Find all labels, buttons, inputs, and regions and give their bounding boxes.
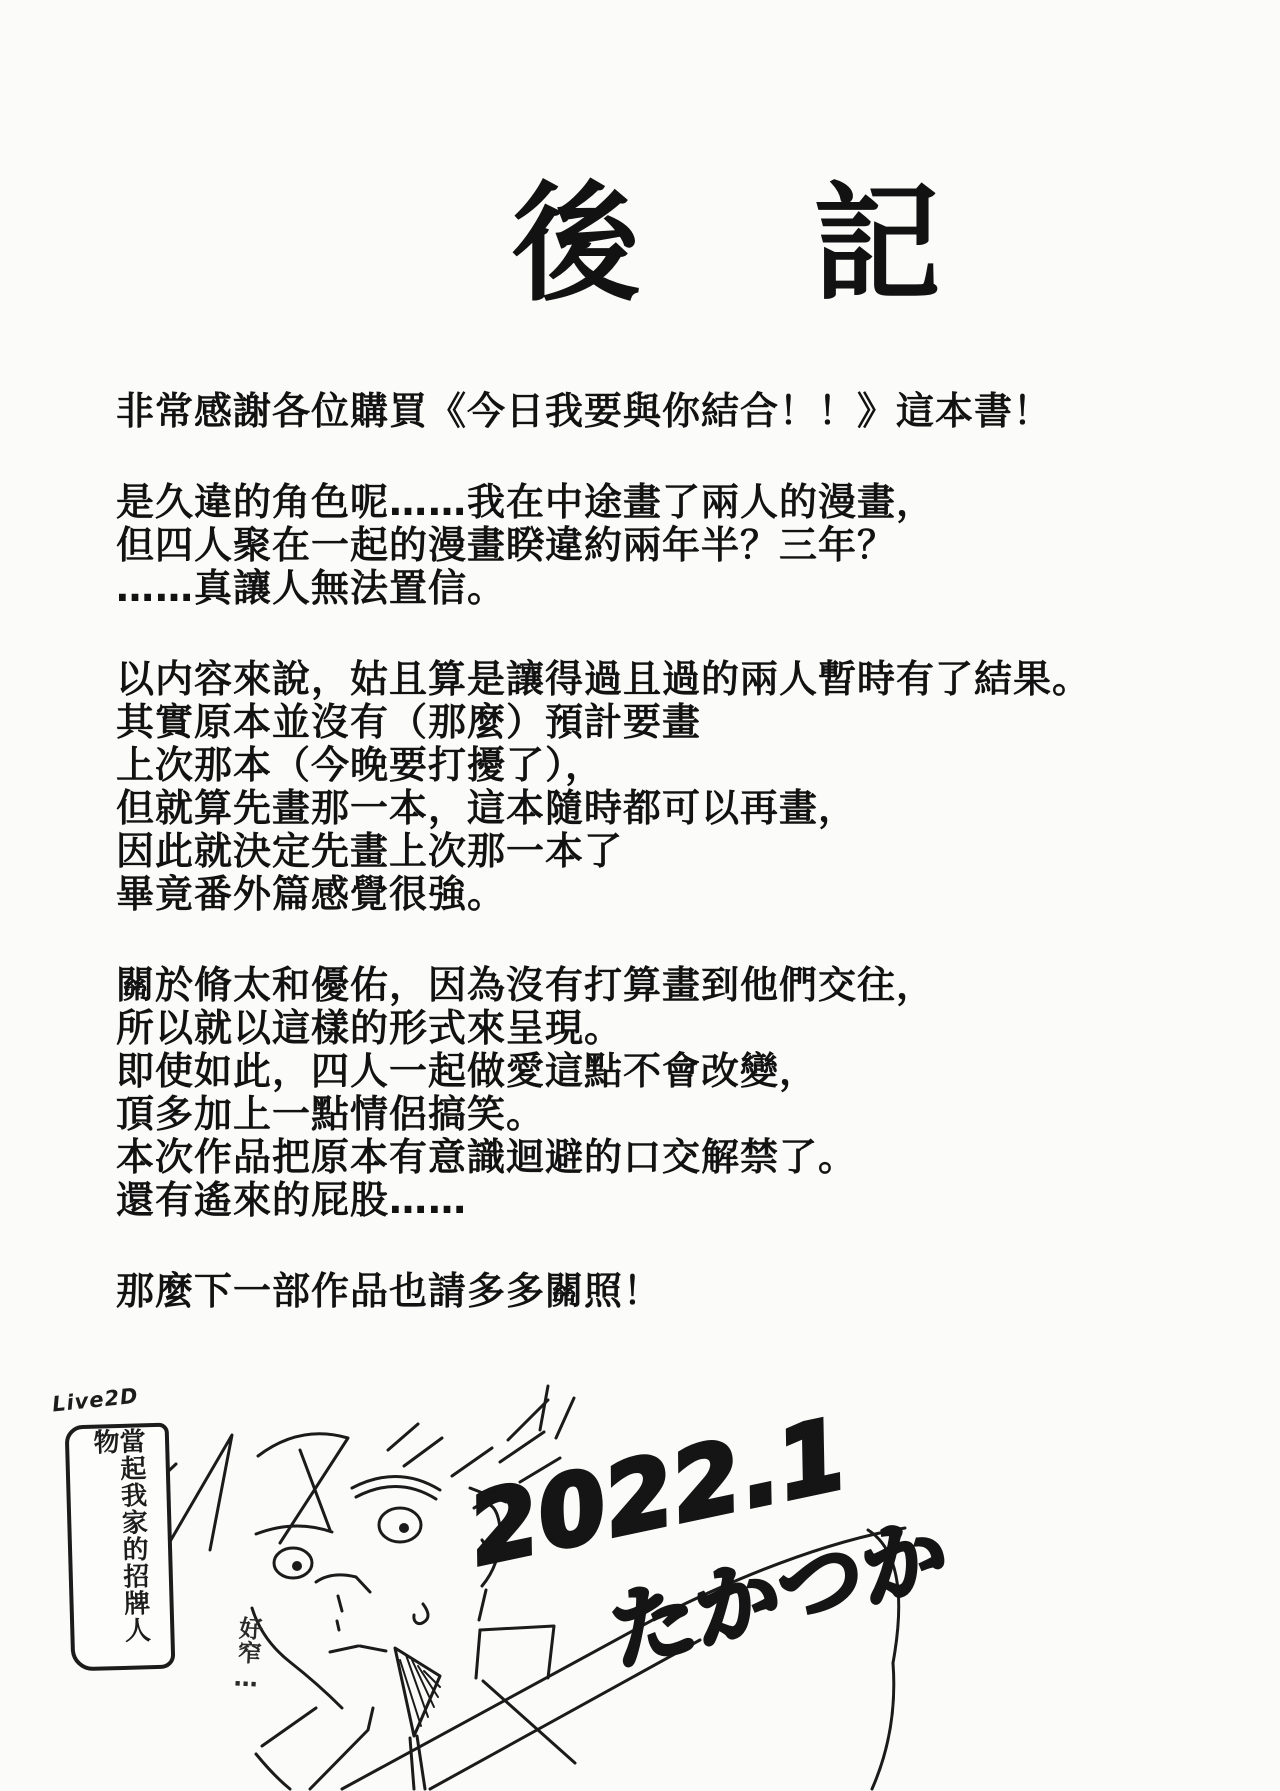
speech-bubble-text: 當起我家的招牌人物: [91, 1427, 150, 1666]
paragraph-closing: 那麼下一部作品也請多多關照！: [116, 1270, 1196, 1313]
text-line: 上次那本（今晚要打擾了），: [116, 744, 1196, 787]
afterword-body: 非常感謝各位購買《今日我要與你結合！！》這本書！ 是久違的角色呢……我在中途畫了…: [116, 390, 1196, 1361]
text-line: 還有遙來的屁股……: [116, 1179, 1196, 1222]
text-line: 以内容來說，姑且算是讓得過且過的兩人暫時有了結果。: [116, 658, 1196, 701]
character-face-sketch: [252, 1476, 500, 1708]
text-line: 頂多加上一點情侶搞笑。: [116, 1093, 1196, 1136]
text-line: 那麼下一部作品也請多多關照！: [116, 1270, 1196, 1313]
text-line: ……真讓人無法置信。: [116, 567, 1196, 610]
text-line: 關於脩太和優佑，因為沒有打算畫到他們交往，: [116, 964, 1196, 1007]
handwritten-murmur: 好窄…: [232, 1615, 261, 1692]
paragraph-content: 以内容來說，姑且算是讓得過且過的兩人暫時有了結果。 其實原本並沒有（那麼）預計要…: [116, 658, 1196, 916]
text-line: 但四人聚在一起的漫畫睽違約兩年半？三年？: [116, 524, 1196, 567]
afterword-page: 後記 非常感謝各位購買《今日我要與你結合！！》這本書！ 是久違的角色呢……我在中…: [0, 0, 1280, 1791]
paragraph-thanks: 非常感謝各位購買《今日我要與你結合！！》這本書！: [116, 390, 1196, 433]
page-title: 後記: [0, 178, 1280, 312]
speech-bubble: 當起我家的招牌人物: [65, 1423, 176, 1672]
sweat-drop-sketch: [414, 1604, 428, 1624]
text-line: 本次作品把原本有意識迴避的口交解禁了。: [116, 1136, 1196, 1179]
paragraph-characters: 是久違的角色呢……我在中途畫了兩人的漫畫， 但四人聚在一起的漫畫睽違約兩年半？三…: [116, 481, 1196, 610]
text-line: 但就算先畫那一本，這本隨時都可以再畫，: [116, 787, 1196, 830]
text-line: 其實原本並沒有（那麼）預計要畫: [116, 701, 1196, 744]
text-line: 因此就決定先畫上次那一本了: [116, 830, 1196, 873]
text-line: 所以就以這樣的形式來呈現。: [116, 1007, 1196, 1050]
text-line: 畢竟番外篇感覺很強。: [116, 873, 1196, 916]
text-line: 即使如此，四人一起做愛這點不會改變，: [116, 1050, 1196, 1093]
character-collar-sketch: [256, 1626, 575, 1789]
text-line: 是久違的角色呢……我在中途畫了兩人的漫畫，: [116, 481, 1196, 524]
paragraph-pairings: 關於脩太和優佑，因為沒有打算畫到他們交往， 所以就以這樣的形式來呈現。 即使如此…: [116, 964, 1196, 1222]
text-line: 非常感謝各位購買《今日我要與你結合！！》這本書！: [116, 390, 1196, 433]
